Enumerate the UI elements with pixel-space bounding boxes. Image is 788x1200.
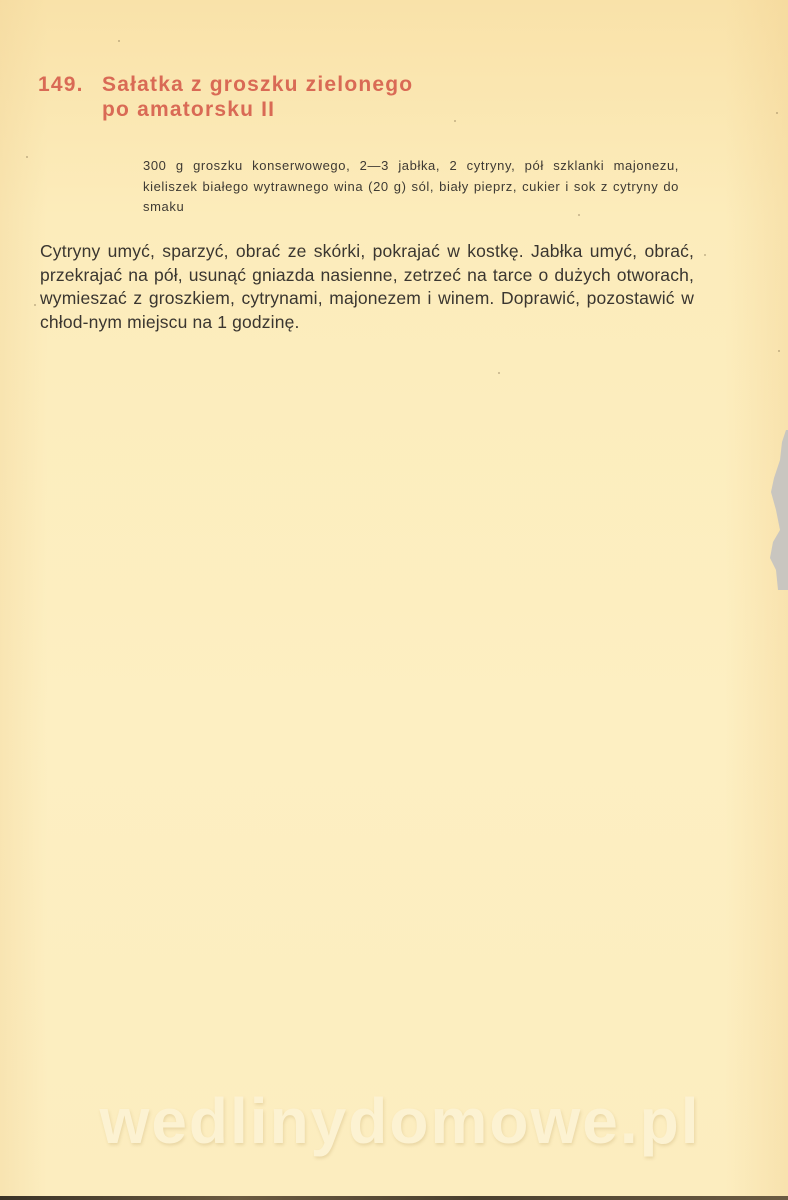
recipe-number: 149. (38, 72, 102, 97)
scanned-book-page: 149.Sałatka z groszku zielonego po amato… (0, 0, 788, 1200)
page-bottom-edge (0, 1196, 788, 1200)
recipe-title-line1: Sałatka z groszku zielonego (102, 73, 413, 96)
torn-page-edge (764, 430, 788, 590)
ingredients-list: 300 g groszku konserwowego, 2—3 jabłka, … (143, 156, 679, 218)
watermark: wedlinydomowe.pl (80, 1084, 720, 1158)
recipe-title-line2: po amatorsku II (38, 97, 413, 122)
recipe-instructions: Cytryny umyć, sparzyć, obrać ze skórki, … (40, 240, 694, 334)
recipe-title: 149.Sałatka z groszku zielonego po amato… (38, 72, 413, 122)
